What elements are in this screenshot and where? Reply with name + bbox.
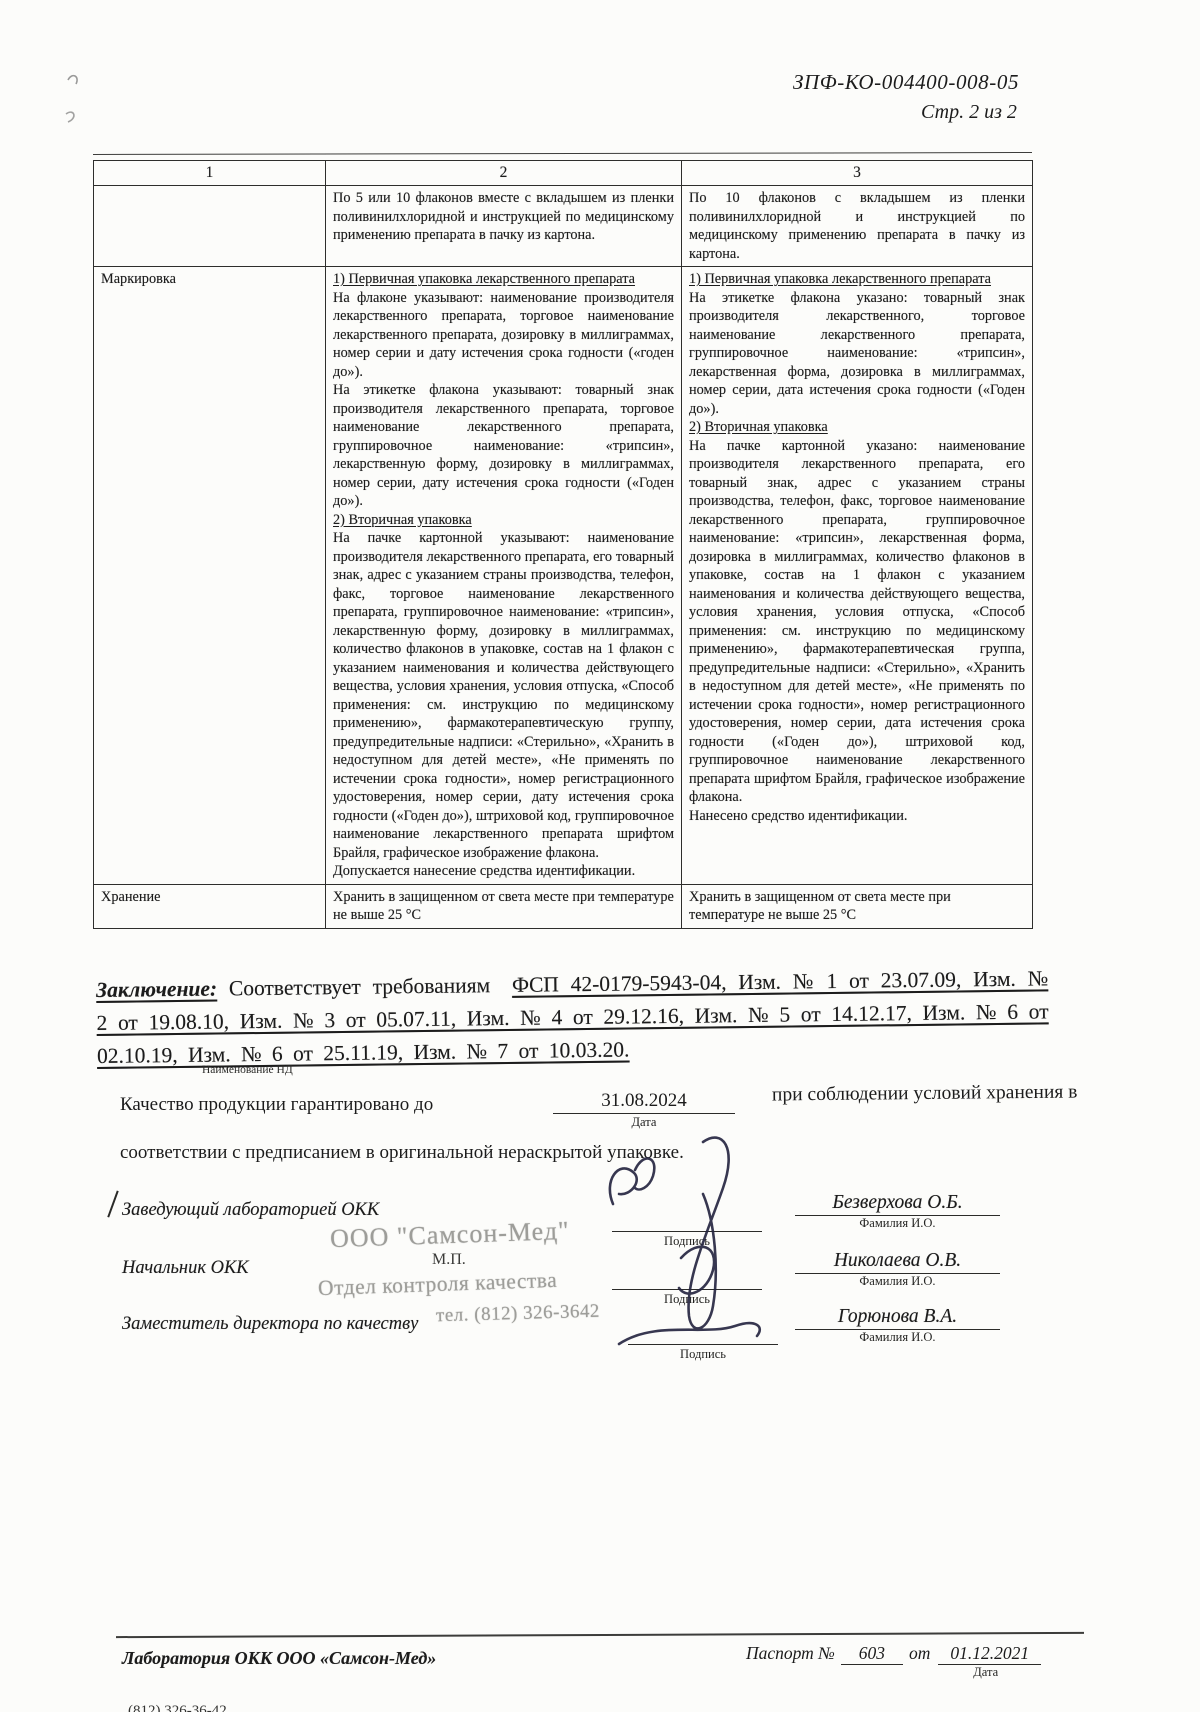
signer-name-1: Безверхова О.Б. — [795, 1192, 1000, 1216]
storage-fact-col3: Хранить в защищенном от света месте при … — [682, 884, 1033, 928]
marking-col3-paragraph: На пачке картонной указано: наименование… — [689, 437, 1025, 807]
marking-fact-col3: 1) Первичная упаковка лекарственного пре… — [682, 267, 1033, 885]
packaging-label-cell — [94, 186, 326, 267]
packaging-row: По 5 или 10 флаконов вместе с вкладышем … — [94, 186, 1033, 267]
signer-name-2: Николаева О.В. — [795, 1250, 1000, 1274]
passport-date: 01.12.2021 — [950, 1643, 1029, 1663]
guarantee-date: 31.08.2024 — [553, 1090, 735, 1114]
signer-name-3: Горюнова В.А. — [795, 1306, 1000, 1330]
signer-name-block-3: Горюнова В.А. Фамилия И.О. — [795, 1306, 1000, 1345]
pen-slash-mark — [107, 1191, 118, 1218]
column-header-2: 2 — [326, 161, 682, 186]
column-header-1: 1 — [94, 161, 326, 186]
scan-noise-marks — [60, 70, 96, 130]
company-stamp-name: ООО "Самсон-Мед" — [330, 1216, 571, 1254]
specification-table: 1 2 3 По 5 или 10 флаконов вместе с вкла… — [93, 160, 1033, 929]
marking-col3-paragraph: Нанесено средство идентификации. — [689, 807, 1025, 826]
scan-double-line — [93, 152, 1032, 155]
column-header-3: 3 — [682, 161, 1033, 186]
footer-phone-clipped: (812) 326-36-42 — [128, 1703, 227, 1712]
name-caption: Фамилия И.О. — [795, 1274, 1000, 1289]
table-header-row: 1 2 3 — [94, 161, 1033, 186]
marking-col2-paragraph: На этикетке флакона указывают: товарный … — [333, 381, 674, 511]
primary-packaging-heading: 1) Первичная упаковка лекарственного пре… — [689, 270, 1025, 289]
name-caption: Фамилия И.О. — [795, 1330, 1000, 1345]
page-indicator: Стр. 2 из 2 — [921, 101, 1017, 124]
signer-role-1: Заведующий лабораторией ОКК — [122, 1200, 379, 1221]
company-stamp-phone: тел. (812) 326-3642 — [436, 1301, 601, 1328]
secondary-packaging-heading: 2) Вторичная упаковка — [689, 418, 1025, 437]
conclusion-prefix: Соответствует требованиям — [229, 973, 491, 1000]
signer-role-3: Заместитель директора по качеству — [122, 1314, 418, 1335]
nd-caption: Наименование НД — [202, 1064, 293, 1076]
signer-name-block-2: Николаева О.В. Фамилия И.О. — [795, 1250, 1000, 1289]
footer-separator-line — [116, 1632, 1084, 1638]
marking-col2-paragraph: Допускается нанесение средства идентифик… — [333, 862, 674, 881]
storage-row: Хранение Хранить в защищенном от света м… — [94, 884, 1033, 928]
stamp-place-label: М.П. — [432, 1251, 466, 1269]
date-caption: Дата — [973, 1665, 998, 1680]
conclusion-label: Заключение: — [96, 977, 217, 1002]
storage-row-label: Хранение — [94, 884, 326, 928]
quality-passport-page: ЗПФ-КО-004400-008-05 Стр. 2 из 2 1 2 3 П… — [0, 0, 1200, 1712]
packaging-fact-col3: По 10 флаконов с вкладышем из пленки пол… — [682, 186, 1033, 267]
document-code: ЗПФ-КО-004400-008-05 — [793, 70, 1019, 95]
packaging-spec-col2: По 5 или 10 флаконов вместе с вкладышем … — [326, 186, 682, 267]
footer-lab-name: Лаборатория ОКК ООО «Самсон-Мед» — [122, 1648, 436, 1669]
marking-col2-paragraph: На пачке картонной указывают: наименован… — [333, 529, 674, 862]
conclusion-block: Заключение: Соответствует требованиям ФС… — [96, 962, 1049, 1073]
passport-label: Паспорт № — [746, 1643, 835, 1663]
marking-row-label: Маркировка — [94, 267, 326, 885]
date-caption: Дата — [553, 1115, 735, 1130]
handwritten-signatures — [585, 1130, 815, 1370]
storage-spec-col2: Хранить в защищенном от света месте при … — [326, 884, 682, 928]
primary-packaging-heading: 1) Первичная упаковка лекарственного пре… — [333, 270, 674, 289]
passport-ot-label: от — [909, 1643, 930, 1663]
signer-name-block-1: Безверхова О.Б. Фамилия И.О. — [795, 1192, 1000, 1231]
marking-col2-paragraph: На флаконе указывают: наименование произ… — [333, 289, 674, 382]
secondary-packaging-heading: 2) Вторичная упаковка — [333, 511, 674, 530]
guarantee-date-field: 31.08.2024 Дата — [553, 1090, 735, 1130]
marking-row: Маркировка 1) Первичная упаковка лекарст… — [94, 267, 1033, 885]
company-stamp-department: Отдел контроля качества — [318, 1268, 558, 1301]
passport-number: 603 — [841, 1643, 903, 1665]
name-caption: Фамилия И.О. — [795, 1216, 1000, 1231]
footer-passport-block: Паспорт №603от01.12.2021Дата — [746, 1643, 1041, 1665]
guarantee-suffix-1: при соблюдении условий хранения в — [772, 1082, 1078, 1107]
signer-role-2: Начальник ОКК — [122, 1258, 249, 1279]
guarantee-prefix: Качество продукции гарантировано до — [120, 1094, 433, 1116]
passport-date-field: 01.12.2021Дата — [938, 1643, 1041, 1665]
marking-spec-col2: 1) Первичная упаковка лекарственного пре… — [326, 267, 682, 885]
marking-col3-paragraph: На этикетке флакона указано: товарный зн… — [689, 289, 1025, 419]
